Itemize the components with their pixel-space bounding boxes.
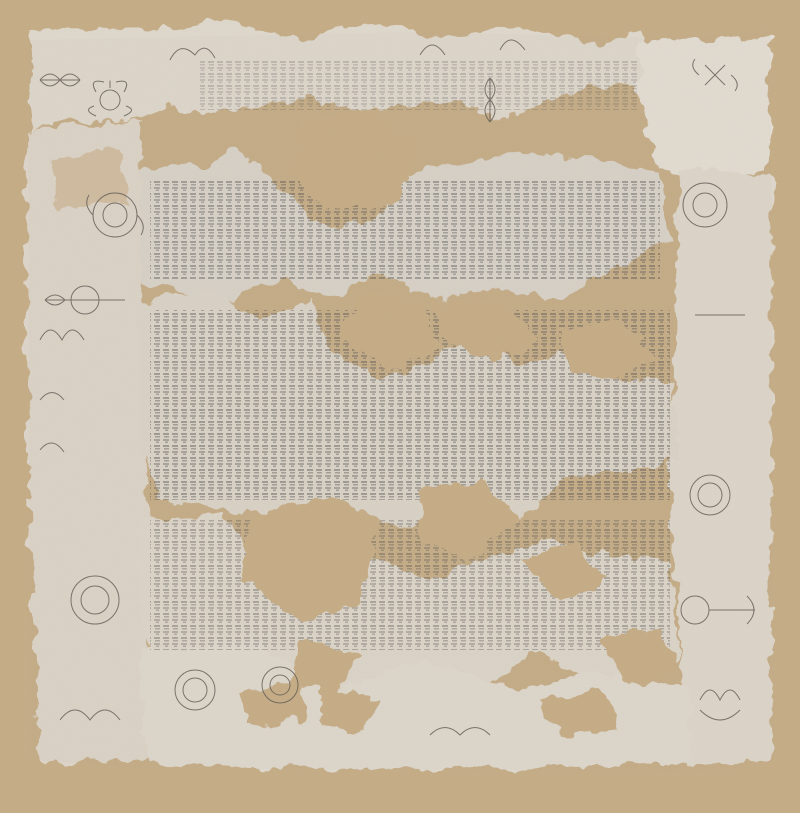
artifact-svg [0,0,800,813]
artifact-photo [0,0,800,813]
